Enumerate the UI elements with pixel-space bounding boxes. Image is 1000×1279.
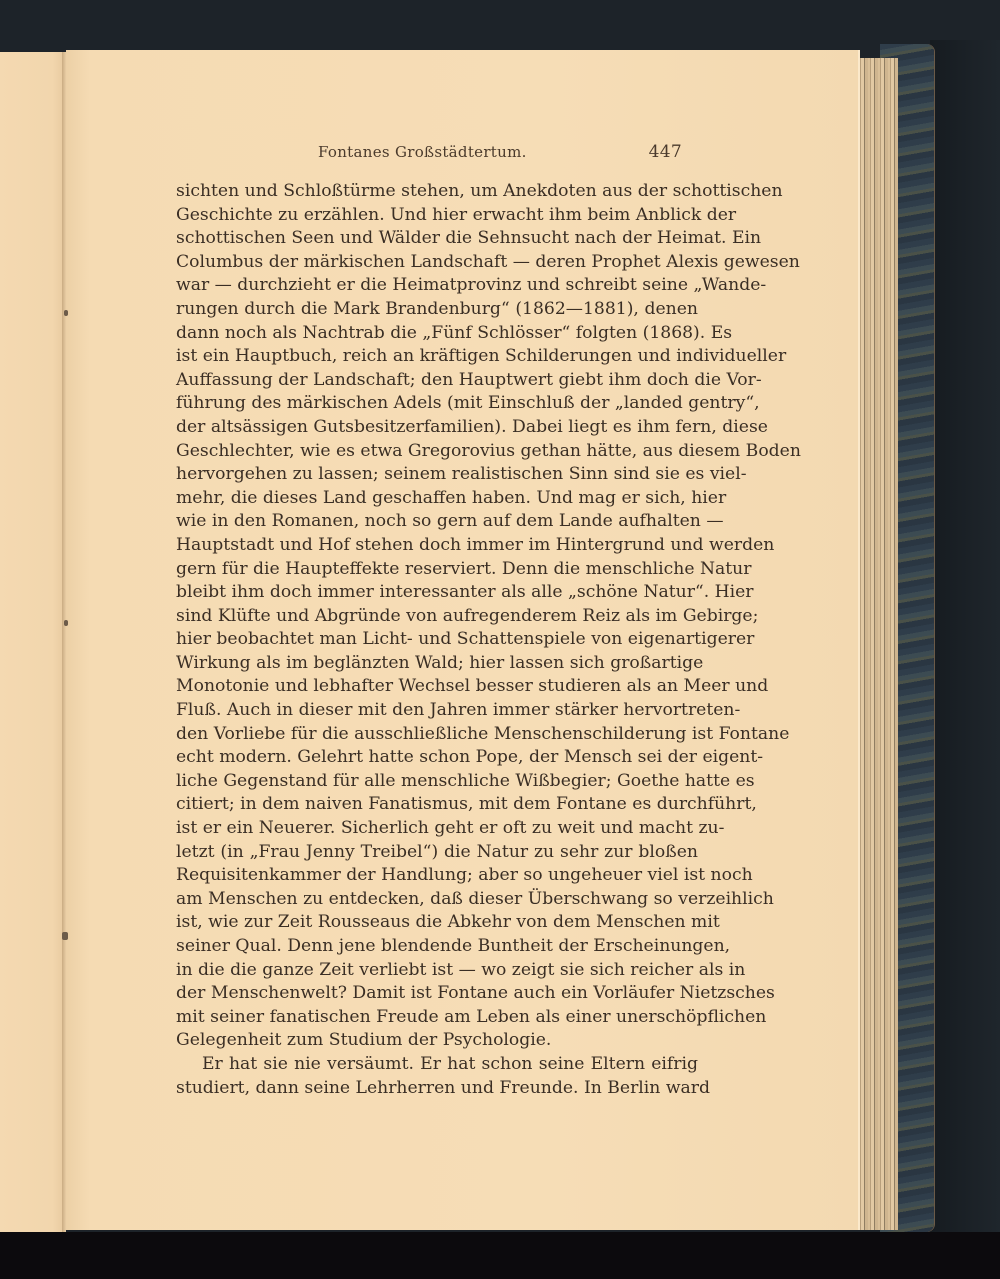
text-line: liche Gegenstand für alle menschliche Wi… xyxy=(176,770,698,794)
text-line: schottischen Seen und Wälder die Sehnsuc… xyxy=(176,227,698,251)
left-page-fragment xyxy=(0,52,66,1232)
text-line: Columbus der märkischen Landschaft — der… xyxy=(176,251,698,275)
text-line-paragraph-end: Gelegenheit zum Studium der Psychologie. xyxy=(176,1029,698,1053)
text-line: seiner Qual. Denn jene blendende Bunthei… xyxy=(176,935,698,959)
text-line: Monotonie und lebhafter Wechsel besser s… xyxy=(176,675,698,699)
page-header: Fontanes Großstädtertum. 447 xyxy=(318,143,688,165)
text-line: mit seiner fanatischen Freude am Leben a… xyxy=(176,1006,698,1030)
text-line: in die die ganze Zeit verliebt ist — wo … xyxy=(176,959,698,983)
text-line: dann noch als Nachtrab die „Fünf Schlöss… xyxy=(176,322,698,346)
text-line: Geschichte zu erzählen. Und hier erwacht… xyxy=(176,204,698,228)
text-line: ist, wie zur Zeit Rousseaus die Abkehr v… xyxy=(176,911,698,935)
text-line: gern für die Haupteffekte reserviert. De… xyxy=(176,558,698,582)
running-title: Fontanes Großstädtertum. xyxy=(318,143,527,161)
text-line: war — durchzieht er die Heimatprovinz un… xyxy=(176,274,698,298)
text-line: den Vorliebe für die ausschließliche Men… xyxy=(176,723,698,747)
text-line: Geschlechter, wie es etwa Gregorovius ge… xyxy=(176,440,698,464)
text-line: ist er ein Neuerer. Sicherlich geht er o… xyxy=(176,817,698,841)
text-line: letzt (in „Frau Jenny Treibel“) die Natu… xyxy=(176,841,698,865)
text-line: hervorgehen zu lassen; seinem realistisc… xyxy=(176,463,698,487)
text-line: sind Klüfte und Abgründe von aufregender… xyxy=(176,605,698,629)
text-line: citiert; in dem naiven Fanatismus, mit d… xyxy=(176,793,698,817)
text-line: sichten und Schloßtürme stehen, um Anekd… xyxy=(176,180,698,204)
background-right xyxy=(930,40,1000,1279)
text-line: der Menschenwelt? Damit ist Fontane auch… xyxy=(176,982,698,1006)
binding-mark xyxy=(64,620,68,626)
text-line: mehr, die dieses Land geschaffen haben. … xyxy=(176,487,698,511)
text-line: ist ein Hauptbuch, reich an kräftigen Sc… xyxy=(176,345,698,369)
page-number: 447 xyxy=(649,142,682,162)
page-edges xyxy=(858,58,898,1230)
text-line: Hauptstadt und Hof stehen doch immer im … xyxy=(176,534,698,558)
binding-mark xyxy=(62,932,68,940)
text-line: hier beobachtet man Licht- und Schattens… xyxy=(176,628,698,652)
text-line: bleibt ihm doch immer interessanter als … xyxy=(176,581,698,605)
text-line: rungen durch die Mark Brandenburg“ (1862… xyxy=(176,298,698,322)
text-line: Requisitenkammer der Handlung; aber so u… xyxy=(176,864,698,888)
text-line: echt modern. Gelehrt hatte schon Pope, d… xyxy=(176,746,698,770)
text-line: Fluß. Auch in dieser mit den Jahren imme… xyxy=(176,699,698,723)
text-line: Auffassung der Landschaft; den Hauptwert… xyxy=(176,369,698,393)
text-line: führung des märkischen Adels (mit Einsch… xyxy=(176,392,698,416)
binding-mark xyxy=(64,310,68,316)
text-line: Wirkung als im beglänzten Wald; hier las… xyxy=(176,652,698,676)
book-gutter xyxy=(62,52,66,1232)
body-text: sichten und Schloßtürme stehen, um Anekd… xyxy=(176,180,698,1100)
text-line: wie in den Romanen, noch so gern auf dem… xyxy=(176,510,698,534)
text-line: studiert, dann seine Lehrherren und Freu… xyxy=(176,1077,698,1101)
text-line: am Menschen zu entdecken, daß dieser Übe… xyxy=(176,888,698,912)
text-line-paragraph-start: Er hat sie nie versäumt. Er hat schon se… xyxy=(176,1053,698,1077)
text-line: der altsässigen Gutsbesitzerfamilien). D… xyxy=(176,416,698,440)
background-bottom xyxy=(0,1232,1000,1279)
